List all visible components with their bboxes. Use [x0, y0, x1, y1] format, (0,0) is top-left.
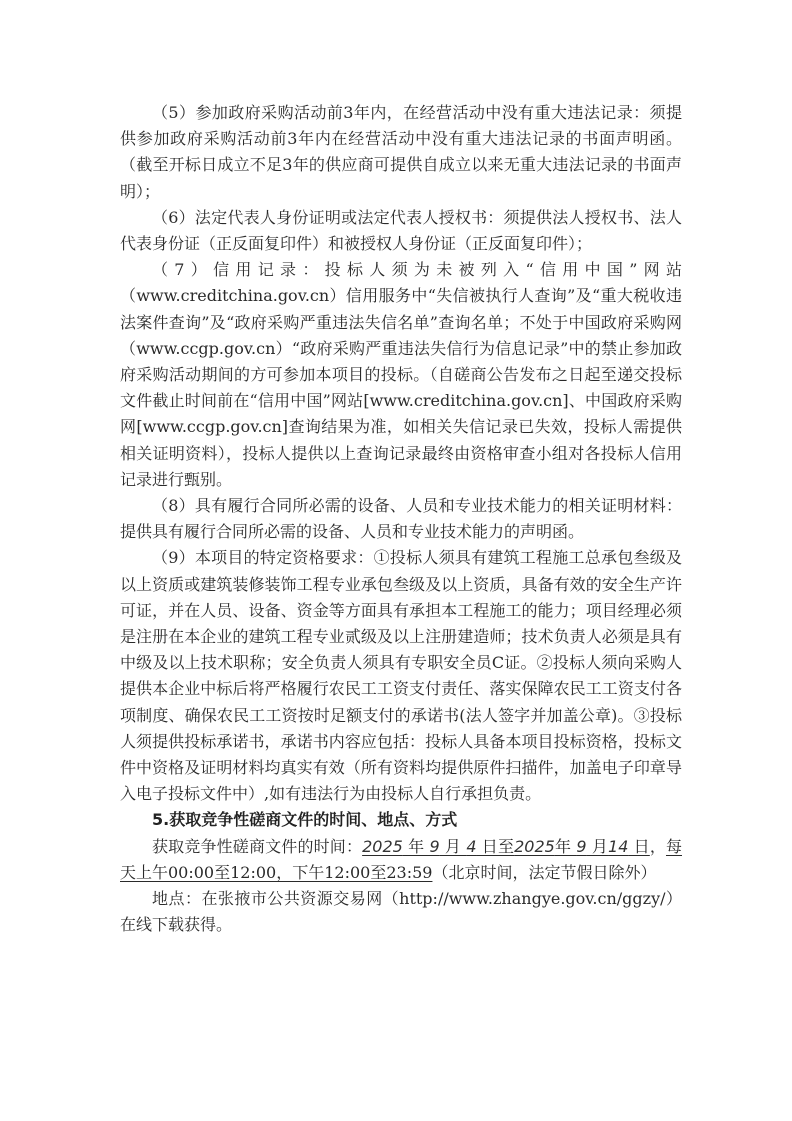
- month-unit: 月: [440, 837, 467, 856]
- requirement-item-5: （5）参加政府采购活动前3年内，在经营活动中没有重大违法记录：须提供参加政府采购…: [120, 100, 682, 205]
- start-year: 2025: [362, 837, 403, 856]
- place-label: 地点：: [152, 889, 201, 908]
- time-label: 获取竞争性磋商文件的时间：: [152, 837, 362, 856]
- end-year: 2025: [514, 837, 555, 856]
- start-day: 4: [466, 837, 476, 856]
- end-month: 9: [576, 837, 586, 856]
- month-unit: 月: [587, 837, 608, 856]
- date-range: 2025 年 9 月 4 日至2025年 9 月14 日: [362, 837, 650, 856]
- document-page: （5）参加政府采购活动前3年内，在经营活动中没有重大违法记录：须提供参加政府采购…: [120, 100, 682, 939]
- year-unit: 年: [555, 837, 577, 856]
- end-day: 14: [608, 837, 628, 856]
- year-unit: 年: [403, 837, 430, 856]
- time-note: （北京时间，法定节假日除外）: [432, 863, 656, 882]
- day-unit: 日: [628, 837, 649, 856]
- requirement-item-9: （9）本项目的特定资格要求：①投标人须具有建筑工程施工总承包叁级及以上资质或建筑…: [120, 545, 682, 807]
- start-month: 9: [430, 837, 440, 856]
- requirement-item-6: （6）法定代表人身份证明或法定代表人授权书：须提供法人授权书、法人代表身份证（正…: [120, 205, 682, 257]
- requirement-item-8: （8）具有履行合同所必需的设备、人员和专业技术能力的相关证明材料：提供具有履行合…: [120, 493, 682, 545]
- place-text: 在张掖市公共资源交易网（http://www.zhangye.gov.cn/gg…: [120, 889, 682, 934]
- acquisition-place: 地点：在张掖市公共资源交易网（http://www.zhangye.gov.cn…: [120, 886, 682, 938]
- acquisition-time: 获取竞争性磋商文件的时间：2025 年 9 月 4 日至2025年 9 月14 …: [120, 834, 682, 886]
- requirement-item-7: （7）信用记录：投标人须为未被列入“信用中国”网站（www.creditchin…: [120, 257, 682, 493]
- punctuation: ，: [650, 837, 666, 856]
- day-unit: 日至: [477, 837, 515, 856]
- section-5-heading: 5.获取竞争性磋商文件的时间、地点、方式: [120, 807, 682, 833]
